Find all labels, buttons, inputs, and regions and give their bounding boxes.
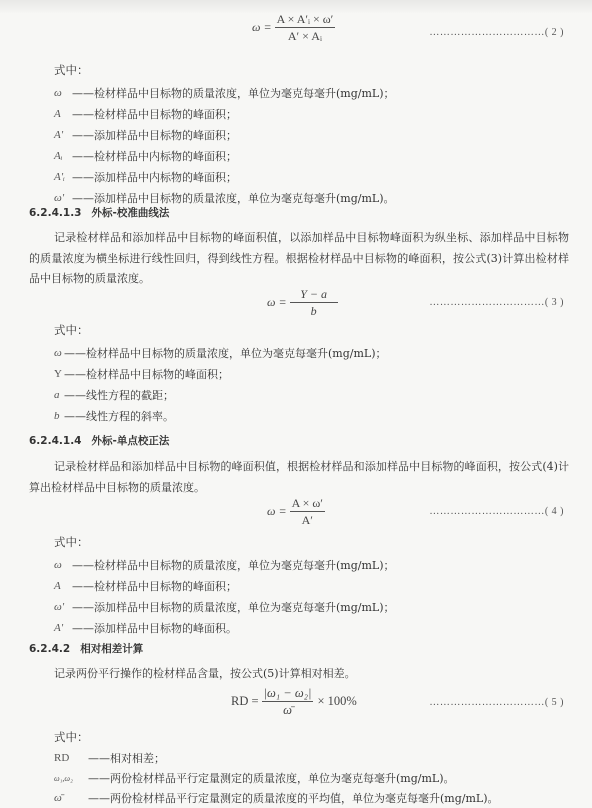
- definition-text: ——添加样品中目标物的质量浓度，单位为毫克每毫升(mg/mL)。: [72, 190, 395, 206]
- fraction: |ω₁ − ω₂| ω̄: [262, 686, 314, 717]
- formula-lhs: ω =: [267, 295, 287, 310]
- section-title: 外标-单点校正法: [92, 435, 170, 447]
- denominator: A′ × Aᵢ: [286, 28, 324, 43]
- definition-text: ——添加样品中目标物的峰面积；: [72, 127, 237, 143]
- section-number: 6.2.4.1.3: [29, 207, 82, 219]
- definition-text: ——检材样品中目标物的峰面积；: [72, 578, 237, 594]
- definition-item: Y——检材样品中目标物的峰面积；: [54, 366, 229, 382]
- denominator: b: [309, 303, 319, 318]
- definition-text: ——两份检材样品平行定量测定的质量浓度，单位为毫克每毫升(mg/mL)。: [88, 770, 455, 786]
- definition-text: ——检材样品中目标物的峰面积；: [64, 366, 229, 382]
- where-label: 式中：: [54, 322, 89, 338]
- definition-text: ——添加样品中目标物的峰面积。: [72, 620, 237, 636]
- fraction: Y − a b: [290, 287, 338, 318]
- fraction: A × ω′ A′: [290, 496, 325, 527]
- section-title: 外标-校准曲线法: [92, 207, 170, 219]
- symbol: ω: [54, 347, 64, 359]
- equation-number-5: ……………………………( 5 ): [429, 697, 564, 708]
- paragraph: 记录检材样品和添加样品中目标物的峰面积值，以添加样品中目标物峰面积为纵坐标、添加…: [29, 228, 569, 290]
- definition-text: ——相对相差；: [88, 750, 165, 766]
- formula-lhs: ω =: [252, 20, 272, 35]
- definition-text: ——线性方程的斜率。: [64, 408, 174, 424]
- symbol: A′: [54, 622, 72, 634]
- definition-item: ω′——添加样品中目标物的质量浓度，单位为毫克每毫升(mg/mL)；: [54, 599, 395, 615]
- definition-item: a——线性方程的截距；: [54, 387, 174, 403]
- definition-item: A——检材样品中目标物的峰面积；: [54, 106, 237, 122]
- numerator: A × A′ᵢ × ω′: [275, 12, 336, 28]
- definition-item: ω——检材样品中目标物的质量浓度，单位为毫克每毫升(mg/mL)；: [54, 85, 395, 101]
- formula-3: ω = Y − a b: [267, 287, 338, 318]
- section-heading-6-2-4-1-3: 6.2.4.1.3外标-校准曲线法: [29, 205, 169, 220]
- fraction: A × A′ᵢ × ω′ A′ × Aᵢ: [275, 12, 336, 43]
- paragraph: 记录两份平行操作的检材样品含量，按公式(5)计算相对相差。: [29, 664, 569, 685]
- numerator: A × ω′: [290, 496, 325, 512]
- definition-item: Aᵢ——检材样品中内标物的峰面积；: [54, 148, 237, 164]
- definition-item: A——检材样品中目标物的峰面积；: [54, 578, 237, 594]
- where-label: 式中：: [54, 62, 89, 78]
- symbol: A: [54, 580, 72, 592]
- symbol: ω: [54, 559, 72, 571]
- definition-item: ω̄——两份检材样品平行定量测定的质量浓度的平均值，单位为毫克每毫升(mg/mL…: [54, 790, 499, 806]
- symbol: ω₁,ω₂: [54, 774, 88, 783]
- formula-suffix: × 100%: [317, 694, 356, 709]
- numerator: |ω₁ − ω₂|: [262, 686, 314, 702]
- symbol: A′ᵢ: [54, 171, 72, 183]
- section-number: 6.2.4.2: [29, 643, 70, 655]
- definition-text: ——两份检材样品平行定量测定的质量浓度的平均值，单位为毫克每毫升(mg/mL)。: [88, 790, 499, 806]
- document-page: ω = A × A′ᵢ × ω′ A′ × Aᵢ ……………………………( 2 …: [0, 0, 592, 808]
- paragraph: 记录检材样品和添加样品中目标物的峰面积值，根据检材样品和添加样品中目标物的峰面积…: [29, 457, 569, 498]
- formula-5: RD = |ω₁ − ω₂| ω̄ × 100%: [231, 686, 357, 717]
- numerator: Y − a: [290, 287, 338, 303]
- definition-item: ω——检材样品中目标物的质量浓度，单位为毫克每毫升(mg/mL)；: [54, 345, 387, 361]
- definition-text: ——检材样品中目标物的峰面积；: [72, 106, 237, 122]
- symbol: ω′: [54, 601, 72, 613]
- definition-item: b——线性方程的斜率。: [54, 408, 174, 424]
- definition-item: ω₁,ω₂——两份检材样品平行定量测定的质量浓度，单位为毫克每毫升(mg/mL)…: [54, 770, 455, 786]
- symbol: A: [54, 108, 72, 120]
- equation-number-3: ……………………………( 3 ): [429, 297, 564, 308]
- symbol: a: [54, 389, 64, 401]
- definition-item: ω——检材样品中目标物的质量浓度，单位为毫克每毫升(mg/mL)；: [54, 557, 395, 573]
- formula-2: ω = A × A′ᵢ × ω′ A′ × Aᵢ: [252, 12, 335, 43]
- symbol: ω′: [54, 192, 72, 204]
- definition-item: A′——添加样品中目标物的峰面积。: [54, 620, 237, 636]
- definition-text: ——添加样品中目标物的质量浓度，单位为毫克每毫升(mg/mL)；: [72, 599, 395, 615]
- definition-text: ——检材样品中内标物的峰面积；: [72, 148, 237, 164]
- formula-lhs: ω =: [267, 504, 287, 519]
- definition-text: ——检材样品中目标物的质量浓度，单位为毫克每毫升(mg/mL)；: [72, 85, 395, 101]
- definition-text: ——检材样品中目标物的质量浓度，单位为毫克每毫升(mg/mL)；: [64, 345, 387, 361]
- definition-item: A′ᵢ——添加样品中内标物的峰面积；: [54, 169, 237, 185]
- symbol: ω̄: [54, 792, 88, 804]
- formula-lhs: RD =: [231, 694, 259, 709]
- where-label: 式中：: [54, 534, 89, 550]
- section-heading-6-2-4-1-4: 6.2.4.1.4外标-单点校正法: [29, 433, 169, 448]
- section-title: 相对相差计算: [80, 643, 143, 655]
- symbol: Y: [54, 368, 64, 380]
- symbol: RD: [54, 752, 88, 764]
- formula-4: ω = A × ω′ A′: [267, 496, 325, 527]
- symbol: ω: [54, 87, 72, 99]
- section-number: 6.2.4.1.4: [29, 435, 82, 447]
- denominator: A′: [300, 512, 315, 527]
- denominator: ω̄: [281, 702, 294, 717]
- symbol: A′: [54, 129, 72, 141]
- definition-item: ω′——添加样品中目标物的质量浓度，单位为毫克每毫升(mg/mL)。: [54, 190, 395, 206]
- definition-text: ——线性方程的截距；: [64, 387, 174, 403]
- definition-item: A′——添加样品中目标物的峰面积；: [54, 127, 237, 143]
- where-label: 式中：: [54, 729, 89, 745]
- equation-number-2: ……………………………( 2 ): [429, 27, 564, 38]
- definition-item: RD——相对相差；: [54, 750, 165, 766]
- definition-text: ——检材样品中目标物的质量浓度，单位为毫克每毫升(mg/mL)；: [72, 557, 395, 573]
- section-heading-6-2-4-2: 6.2.4.2相对相差计算: [29, 641, 143, 656]
- definition-text: ——添加样品中内标物的峰面积；: [72, 169, 237, 185]
- symbol: Aᵢ: [54, 150, 72, 162]
- symbol: b: [54, 410, 64, 422]
- equation-number-4: ……………………………( 4 ): [429, 506, 564, 517]
